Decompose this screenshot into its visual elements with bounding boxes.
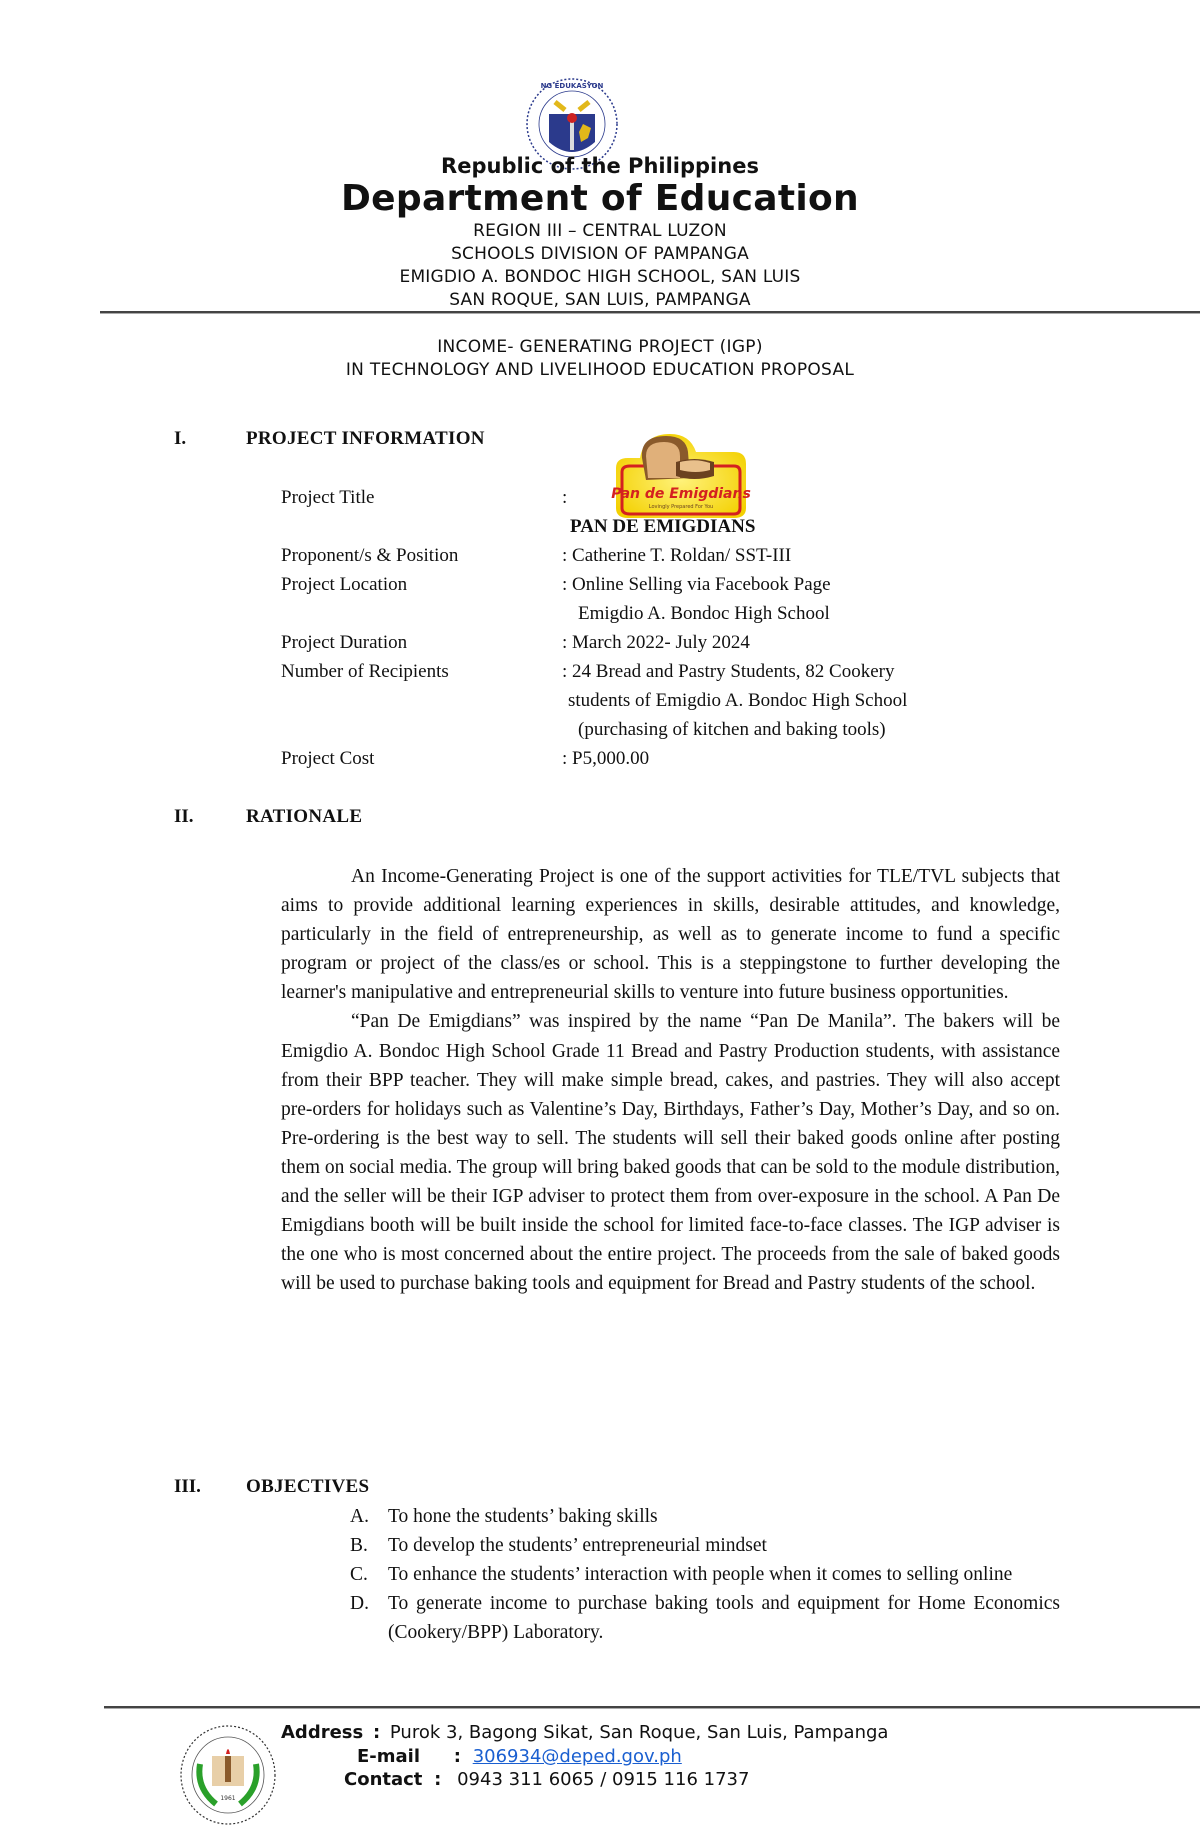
field-value-duration: : March 2022- July 2024 bbox=[562, 632, 750, 654]
field-value-location-line2: Emigdio A. Bondoc High School bbox=[578, 603, 830, 625]
school-address-line: SAN ROQUE, SAN LUIS, PAMPANGA bbox=[0, 290, 1200, 310]
objective-marker: C. bbox=[350, 1560, 368, 1589]
footer-email: E-mail : 306934@deped.gov.ph bbox=[357, 1746, 682, 1767]
footer-divider bbox=[104, 1706, 1200, 1709]
svg-text:Lovingly Prepared For You: Lovingly Prepared For You bbox=[649, 504, 713, 510]
field-value-project-title: PAN DE EMIGDIANS bbox=[570, 516, 755, 538]
objective-text: To develop the students’ entrepreneurial… bbox=[388, 1535, 767, 1556]
objective-text: To enhance the students’ interaction wit… bbox=[388, 1564, 1012, 1585]
rationale-paragraph: “Pan De Emigdians” was inspired by the n… bbox=[281, 1007, 1060, 1298]
objective-text: To generate income to purchase baking to… bbox=[388, 1593, 1060, 1643]
address-label: Address bbox=[281, 1722, 363, 1743]
field-colon: : bbox=[562, 487, 567, 509]
section-number: I. bbox=[174, 428, 186, 450]
field-label-cost: Project Cost bbox=[281, 748, 374, 770]
svg-text:1961: 1961 bbox=[220, 1795, 235, 1802]
school-line: EMIGDIO A. BONDOC HIGH SCHOOL, SAN LUIS bbox=[0, 267, 1200, 287]
pan-de-emigdians-logo: Pan de Emigdians Lovingly Prepared For Y… bbox=[610, 428, 752, 520]
field-value-location-line1: : Online Selling via Facebook Page bbox=[562, 574, 831, 596]
field-label-location: Project Location bbox=[281, 574, 407, 596]
field-label-proponent: Proponent/s & Position bbox=[281, 545, 458, 567]
separator: : bbox=[454, 1746, 461, 1767]
proposal-title-line1: INCOME- GENERATING PROJECT (IGP) bbox=[0, 336, 1200, 359]
school-seal-icon: 1961 bbox=[178, 1724, 278, 1826]
section-number: III. bbox=[174, 1476, 201, 1498]
section-heading-rationale: RATIONALE bbox=[246, 806, 362, 828]
section-heading-objectives: OBJECTIVES bbox=[246, 1476, 369, 1498]
field-value-recipients-line1: : 24 Bread and Pastry Students, 82 Cooke… bbox=[562, 661, 894, 683]
contact-label: Contact bbox=[344, 1769, 422, 1790]
objectives-list: A.To hone the students’ baking skills B.… bbox=[350, 1502, 1060, 1647]
contact-value: 0943 311 6065 / 0915 116 1737 bbox=[457, 1769, 749, 1790]
field-value-recipients-line2: students of Emigdio A. Bondoc High Schoo… bbox=[568, 690, 907, 712]
objective-text: To hone the students’ baking skills bbox=[388, 1506, 658, 1527]
field-label-duration: Project Duration bbox=[281, 632, 407, 654]
objective-marker: B. bbox=[350, 1531, 368, 1560]
footer-address: Address : Purok 3, Bagong Sikat, San Roq… bbox=[281, 1722, 888, 1743]
field-value-recipients-line3: (purchasing of kitchen and baking tools) bbox=[578, 719, 886, 741]
section-number: II. bbox=[174, 806, 194, 828]
objective-item: D.To generate income to purchase baking … bbox=[350, 1589, 1060, 1647]
header-divider bbox=[100, 311, 1200, 314]
separator: : bbox=[373, 1722, 380, 1743]
field-value-proponent: : Catherine T. Roldan/ SST-III bbox=[562, 545, 791, 567]
division-line: SCHOOLS DIVISION OF PAMPANGA bbox=[0, 244, 1200, 264]
email-link[interactable]: 306934@deped.gov.ph bbox=[473, 1746, 682, 1767]
field-value-cost: : P5,000.00 bbox=[562, 748, 649, 770]
objective-marker: A. bbox=[350, 1502, 369, 1531]
section-heading-project-information: PROJECT INFORMATION bbox=[246, 428, 485, 450]
proposal-title-line2: IN TECHNOLOGY AND LIVELIHOOD EDUCATION P… bbox=[0, 359, 1200, 382]
rationale-body: An Income-Generating Project is one of t… bbox=[281, 862, 1060, 1298]
svg-text:Pan de Emigdians: Pan de Emigdians bbox=[611, 486, 751, 502]
region-line: REGION III – CENTRAL LUZON bbox=[0, 221, 1200, 241]
objective-marker: D. bbox=[350, 1589, 369, 1618]
field-label-recipients: Number of Recipients bbox=[281, 661, 449, 683]
email-label: E-mail bbox=[357, 1746, 420, 1767]
separator: : bbox=[434, 1769, 441, 1790]
objective-item: C.To enhance the students’ interaction w… bbox=[350, 1560, 1060, 1589]
objective-item: A.To hone the students’ baking skills bbox=[350, 1502, 1060, 1531]
address-value: Purok 3, Bagong Sikat, San Roque, San Lu… bbox=[390, 1722, 889, 1743]
republic-line: Republic of the Philippines bbox=[0, 154, 1200, 178]
field-label-project-title: Project Title bbox=[281, 487, 374, 509]
footer-contact: Contact : 0943 311 6065 / 0915 116 1737 bbox=[344, 1769, 749, 1790]
objective-item: B.To develop the students’ entrepreneuri… bbox=[350, 1531, 1060, 1560]
rationale-paragraph: An Income-Generating Project is one of t… bbox=[281, 862, 1060, 1007]
svg-text:NG EDUKASYON: NG EDUKASYON bbox=[541, 82, 604, 90]
department-name: Department of Education bbox=[0, 178, 1200, 219]
